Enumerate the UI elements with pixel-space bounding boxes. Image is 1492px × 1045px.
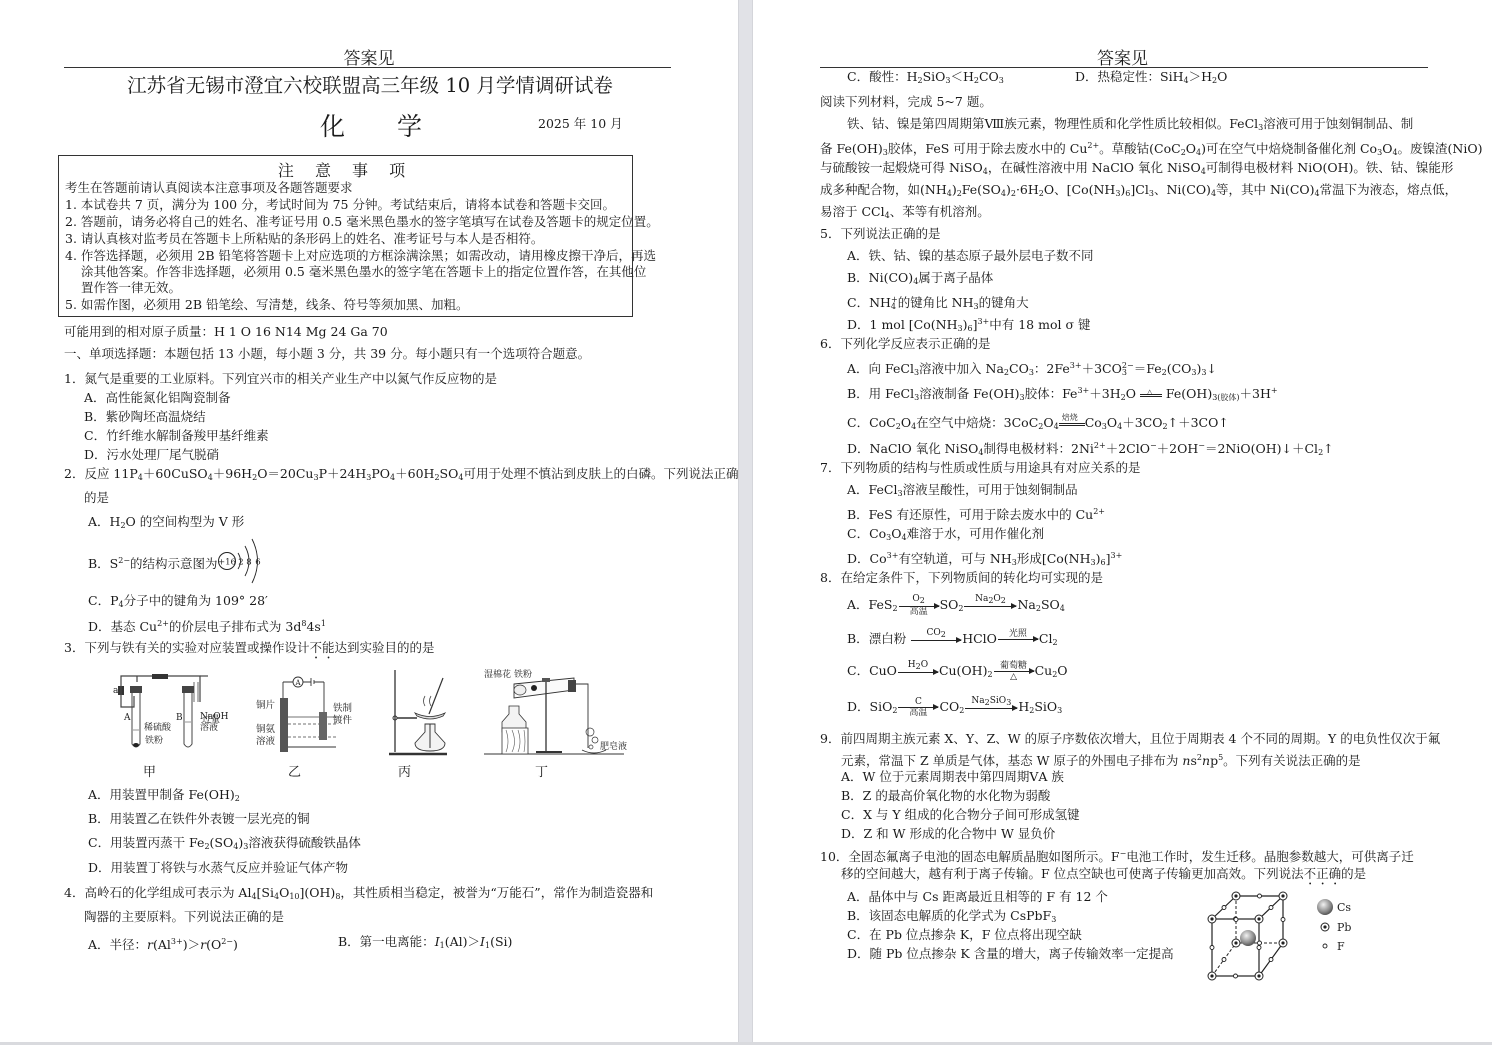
jia-label-naoh: NaOH溶液 bbox=[200, 712, 228, 734]
q8-option-b: B．漂白粉 CO2 HClO光照 Cl2 bbox=[847, 628, 1058, 651]
q7-option-c: C．Co3O4难溶于水，可用作催化剂 bbox=[847, 526, 1044, 546]
notice-title: 注 意 事 项 bbox=[59, 158, 632, 181]
svg-text:8: 8 bbox=[246, 558, 251, 568]
q2-option-b: B．S2−的结构示意图为 bbox=[88, 553, 218, 572]
exam-title: 江苏省无锡市澄宜六校联盟高三年级 10 月学情调研试卷 bbox=[0, 70, 740, 98]
passage-line: 成多种配合物，如(NH4)2Fe(SO4)2·6H2O、[Co(NH3)6]Cl… bbox=[820, 182, 1457, 202]
emphasis-incorrect: 不正确 bbox=[1304, 866, 1342, 881]
q10-option-b: B．该固态电解质的化学式为 CsPbF3 bbox=[847, 908, 1056, 928]
svg-text:6: 6 bbox=[255, 558, 260, 568]
q1-stem: 1．氮气是重要的工业原料。下列宜兴市的相关产业生产中以氮气作反应物的是 bbox=[64, 371, 497, 387]
svg-text:铁粉: 铁粉 bbox=[145, 734, 163, 746]
passage-line: 易溶于 CCl4、苯等有机溶剂。 bbox=[820, 204, 990, 224]
notice-item-cont: 置作答一律无效。 bbox=[81, 280, 181, 296]
q8-option-a: A．FeS2O2高温SO2Na2O2 Na2SO4 bbox=[847, 594, 1065, 617]
q10-stem: 10．全固态氟离子电池的固态电解质晶胞如图所示。F−电池工作时，发生迁移。晶胞参… bbox=[820, 846, 1414, 865]
q4-option-a: A．半径：r(Al3+)＞r(O2−) bbox=[88, 934, 238, 953]
running-header: 答案见 bbox=[753, 44, 1492, 69]
svg-text:Cs: Cs bbox=[1337, 901, 1351, 914]
reading-intro: 阅读下列材料，完成 5~7 题。 bbox=[820, 94, 992, 110]
atomic-masses: 可能用到的相对原子质量：H 1 O 16 N14 Mg 24 Ga 70 bbox=[64, 324, 388, 340]
svg-text:Pb: Pb bbox=[1337, 921, 1351, 934]
legend-cs-icon bbox=[1317, 899, 1333, 915]
svg-text:铁粉: 铁粉 bbox=[514, 668, 532, 680]
q9-option-b: B．Z 的最高价氧化物的水化物为弱酸 bbox=[841, 788, 1050, 804]
q6-stem: 6．下列化学反应表示正确的是 bbox=[820, 336, 990, 352]
notice-item: 5. 如需作图，必须用 2B 铅笔绘、写清楚，线条、符号等须加黑、加粗。 bbox=[65, 297, 469, 313]
section-heading: 一、单项选择题：本题包括 13 小题，每小题 3 分，共 39 分。每小题只有一… bbox=[64, 346, 590, 362]
q7-option-d: D．Co3+有空轨道，可与 NH3形成[Co(NH3)6]3+ bbox=[847, 548, 1122, 571]
q1-option-a: A．高性能氮化铝陶瓷制备 bbox=[84, 390, 231, 406]
q5-option-c: C．NH4+的键角比 NH3的键角大 bbox=[847, 292, 1029, 315]
svg-text:2: 2 bbox=[238, 558, 243, 568]
q5-option-d: D．1 mol [Co(NH3)6]3+中有 18 mol σ 键 bbox=[847, 314, 1090, 337]
svg-text:A: A bbox=[294, 679, 301, 687]
page-left: 答案见 江苏省无锡市澄宜六校联盟高三年级 10 月学情调研试卷 化 学 2025… bbox=[0, 0, 738, 1045]
subject-title: 化 学 bbox=[320, 107, 444, 143]
q10-option-d: D．随 Pb 位点掺杂 K 含量的增大，离子传输效率一定提高 bbox=[847, 946, 1174, 962]
apparatus-ding: 湿棉花 铁粉 肥皂液 bbox=[484, 666, 634, 760]
sulfur-ion-structure-diagram: +16 2 8 6 bbox=[216, 536, 272, 586]
svg-text:+16: +16 bbox=[218, 558, 236, 568]
notice-item: 2. 答题前，请务必将自己的姓名、准考证号用 0.5 毫米黑色墨水的签字笔填写在… bbox=[65, 214, 659, 230]
q10-option-c: C．在 Pb 位点掺杂 K，F 位点将出现空缺 bbox=[847, 927, 1082, 943]
notice-item: 1. 本试卷共 7 页，满分为 100 分，考试时间为 75 分钟。考试结束后，… bbox=[65, 197, 615, 213]
svg-text:B: B bbox=[176, 713, 183, 723]
q2-option-d: D．基态 Cu2+的价层电子排布式为 3d84s1 bbox=[88, 616, 326, 635]
q5-stem: 5．下列说法正确的是 bbox=[820, 226, 940, 242]
passage-line: 与硫酸铵一起煅烧可得 NiSO4，在碱性溶液中用 NaClO 氧化 NiSO4可… bbox=[820, 160, 1453, 180]
header-rule bbox=[820, 67, 1428, 68]
q9-stem: 9．前四周期主族元素 X、Y、Z、W 的原子序数依次增大，且位于周期表 4 个不… bbox=[820, 731, 1440, 747]
notice-item: 4. 作答选择题，必须用 2B 铅笔将答题卡上对应选项的方框涂满涂黑；如需改动，… bbox=[65, 248, 656, 264]
figure-label-bing: 丙 bbox=[398, 761, 411, 780]
page-right: 答案见 C．酸性：H2SiO3＜H2CO3 D．热稳定性：SiH4＞H2O 阅读… bbox=[753, 0, 1492, 1045]
q3-option-b: B．用装置乙在铁件外表镀一层光亮的铜 bbox=[88, 811, 310, 827]
q8-option-d: D．SiO2C高温CO2Na2SiO3 H2SiO3 bbox=[847, 696, 1062, 719]
q1-option-c: C．竹纤维水解制备羧甲基纤维素 bbox=[84, 428, 269, 444]
q7-option-b: B．FeS 有还原性，可用于除去废水中的 Cu2+ bbox=[847, 504, 1105, 523]
svg-text:湿棉花: 湿棉花 bbox=[484, 668, 511, 680]
figure-label-jia: 甲 bbox=[143, 761, 156, 780]
q2-stem-cont: 的是 bbox=[84, 490, 109, 506]
yi-label-iron-part: 铁制镀件 bbox=[333, 703, 352, 727]
q10-option-a: A．晶体中与 Cs 距离最近且相等的 F 有 12 个 bbox=[847, 889, 1108, 905]
notice-item-cont: 涂其他答案。作答非选择题，必须用 0.5 毫米黑色墨水的签字笔在答题卡上的指定位… bbox=[81, 264, 646, 280]
q2-stem: 2．反应 11P4＋60CuSO4＋96H2O＝20Cu3P＋24H3PO4＋6… bbox=[64, 466, 738, 486]
apparatus-bing bbox=[385, 668, 455, 758]
q8-stem: 8．在给定条件下，下列物质间的转化均可实现的是 bbox=[820, 570, 1103, 586]
q9-option-a: A．W 位于元素周期表中第四周期ⅤA 族 bbox=[841, 769, 1064, 785]
q4-option-d: D．热稳定性：SiH4＞H2O bbox=[1075, 69, 1227, 89]
exam-date: 2025 年 10 月 bbox=[538, 116, 623, 132]
yi-label-copper: 铜片铜氨溶液 bbox=[256, 700, 275, 748]
q4-option-b: B．第一电离能：I1(Al)＞I1(Si) bbox=[338, 934, 512, 954]
notice-item: 3. 请认真核对监考员在答题卡上所粘贴的条形码上的姓名、准考证号与本人是否相符。 bbox=[65, 231, 543, 247]
svg-text:F: F bbox=[1337, 940, 1345, 953]
q3-option-c: C．用装置丙蒸干 Fe2(SO4)3溶液获得硫酸铁晶体 bbox=[88, 835, 361, 855]
passage-line: 铁、钴、镍是第四周期第Ⅷ族元素，物理性质和化学性质比较相似。FeCl3溶液可用于… bbox=[847, 116, 1413, 136]
q7-option-a: A．FeCl3溶液呈酸性，可用于蚀刻铜制品 bbox=[847, 482, 1078, 502]
passage-line: 备 Fe(OH)3胶体，FeS 可用于除去废水中的 Cu2+。草酸钴(CoC2O… bbox=[820, 138, 1482, 161]
page-gutter bbox=[738, 0, 753, 1045]
q4-option-c: C．酸性：H2SiO3＜H2CO3 bbox=[847, 69, 1004, 89]
q6-option-b: B．用 FeCl3溶液制备 Fe(OH)3胶体：Fe3+＋3H2O △ Fe(O… bbox=[847, 383, 1278, 406]
figure-label-yi: 乙 bbox=[288, 761, 301, 780]
q2-option-a: A．H2O 的空间构型为 V 形 bbox=[88, 514, 244, 534]
crystal-cell-diagram: Cs Pb F bbox=[1205, 886, 1385, 986]
header-rule bbox=[64, 67, 671, 68]
q7-stem: 7．下列物质的结构与性质或性质与用途具有对应关系的是 bbox=[820, 460, 1140, 476]
q5-option-b: B．Ni(CO)4属于离子晶体 bbox=[847, 270, 993, 290]
q8-option-c: C．CuOH2O Cu(OH)2葡萄糖△Cu2O bbox=[847, 660, 1068, 683]
q6-option-d: D．NaClO 氧化 NiSO4制得电极材料：2Ni2+＋2ClO−＋2OH−＝… bbox=[847, 438, 1334, 461]
svg-text:稀硫酸: 稀硫酸 bbox=[144, 721, 172, 733]
q10-stem-cont: 移的空间越大，越有利于离子传输。F 位点空缺也可使离子传输更加高效。下列说法不正… bbox=[841, 866, 1366, 888]
q5-option-a: A．铁、钴、镍的基态原子最外层电子数不同 bbox=[847, 248, 1094, 264]
q3-option-d: D．用装置丁将铁与水蒸气反应并验证气体产物 bbox=[88, 860, 348, 876]
q3-option-a: A．用装置甲制备 Fe(OH)2 bbox=[88, 787, 240, 807]
q1-option-b: B．紫砂陶坯高温烧结 bbox=[84, 409, 206, 425]
q6-option-c: C．CoC2O4在空气中焙烧：3CoC2O4焙烧Co3O4＋3CO2↑＋3CO↑ bbox=[847, 415, 1229, 435]
q6-option-a: A．向 FeCl3溶液中加入 Na2CO3：2Fe3+＋3CO32−＝Fe2(C… bbox=[847, 358, 1217, 381]
q4-stem: 4．高岭石的化学组成可表示为 Al4[Si4O10](OH)8，其性质相当稳定，… bbox=[64, 885, 653, 905]
q9-option-d: D．Z 和 W 形成的化合物中 W 显负价 bbox=[841, 826, 1055, 842]
q2-option-c: C．P4分子中的键角为 109° 28′ bbox=[88, 593, 268, 613]
q3-stem: 3．下列与铁有关的实验对应装置或操作设计不能达到实验目的的是 bbox=[64, 640, 435, 662]
q4-stem-cont: 陶器的主要原料。下列说法正确的是 bbox=[84, 909, 284, 925]
svg-text:A: A bbox=[123, 713, 131, 723]
figure-label-ding: 丁 bbox=[535, 761, 548, 780]
svg-text:肥皂液: 肥皂液 bbox=[600, 740, 627, 752]
running-header: 答案见 bbox=[0, 44, 738, 69]
notice-intro: 考生在答题前请认真阅读本注意事项及各题答题要求 bbox=[65, 180, 353, 196]
q1-option-d: D．污水处理厂尾气脱硝 bbox=[84, 447, 219, 463]
emphasis-not: 不能 bbox=[309, 640, 334, 655]
notice-box: 注 意 事 项 考生在答题前请认真阅读本注意事项及各题答题要求 1. 本试卷共 … bbox=[58, 155, 633, 317]
q9-option-c: C．X 与 Y 组成的化合物分子间可形成氢键 bbox=[841, 807, 1080, 823]
q9-stem-cont: 元素，常温下 Z 单质是气体，基态 W 原子的外围电子排布为 ns2np5。下列… bbox=[841, 750, 1361, 769]
